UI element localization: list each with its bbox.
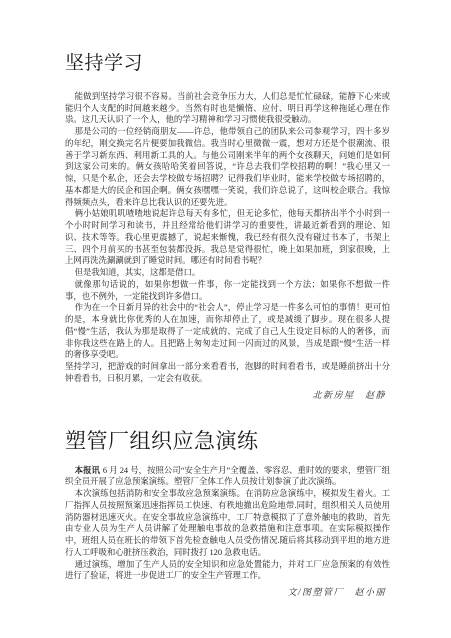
article-persist-learning: 坚持学习 能做到坚持学习很不容易。当前社会竞争压力大，人们总是忙忙碌碌，能静下心… xyxy=(65,54,390,401)
article-2-paragraph-2: 本次演练包括消防和安全事故应急预案演练。在消防应急演练中，模拟发生着火。工厂指挥… xyxy=(65,488,390,559)
article-2-title: 塑管厂组织应急演练 xyxy=(65,430,390,452)
article-1-byline: 北新房屋 赵静 xyxy=(65,388,390,401)
article-1-title: 坚持学习 xyxy=(65,54,390,74)
article-2-paragraph-1: 本报讯6 月 24 号，按照公司“安全生产月”全覆盖、零容忍、重时效的要求，塑管… xyxy=(65,465,390,489)
document-page: 坚持学习 能做到坚持学习很不容易。当前社会竞争压力大，人们总是忙忙碌碌，能静下心… xyxy=(0,0,451,638)
article-2-paragraph-1-text: 6 月 24 号，按照公司“安全生产月”全覆盖、零容忍、重时效的要求，塑管厂组织… xyxy=(65,466,390,487)
article-1-paragraph-6: 作为在一个日新月异的社会中的“社会人”，停止学习是一件多么可怕的事情！更可怕的是… xyxy=(65,302,390,361)
article-2-byline: 文/图塑管厂 赵小丽 xyxy=(65,585,390,598)
article-1-paragraph-4: 但是我知道，其实，这都是借口。 xyxy=(65,267,390,279)
article-1-paragraph-1: 能做到坚持学习很不容易。当前社会竞争压力大，人们总是忙忙碌碌，能静下心来或能归个… xyxy=(65,91,390,126)
dateline-label: 本报讯 xyxy=(75,466,103,475)
article-1-paragraph-7: 坚持学习，把游戏的时间拿出一部分来看看书，泡脚的时间看看书，或是睡前挤出十分钟看… xyxy=(65,361,390,385)
article-1-paragraph-2: 那是公司的一位经销商朋友——许总，他带领自己的团队来公司参观学习，四十多岁的年纪… xyxy=(65,126,390,208)
article-1-paragraph-5: 就像那句话说的，如果你想做一件事，你一定能找到一个方法；如果你不想做一件事，也不… xyxy=(65,279,390,303)
article-1-paragraph-3: 俩小姑娘叽叽喳喳地说起许总每天有多忙，但无论多忙，他每天都挤出半个小时到一个小时… xyxy=(65,208,390,267)
article-2-paragraph-3: 通过演练，增加了生产人员的安全知识和应急处置能力，并对工厂应急预案的有效性进行了… xyxy=(65,559,390,583)
article-emergency-drill: 塑管厂组织应急演练 本报讯6 月 24 号，按照公司“安全生产月”全覆盖、零容忍… xyxy=(65,430,390,599)
